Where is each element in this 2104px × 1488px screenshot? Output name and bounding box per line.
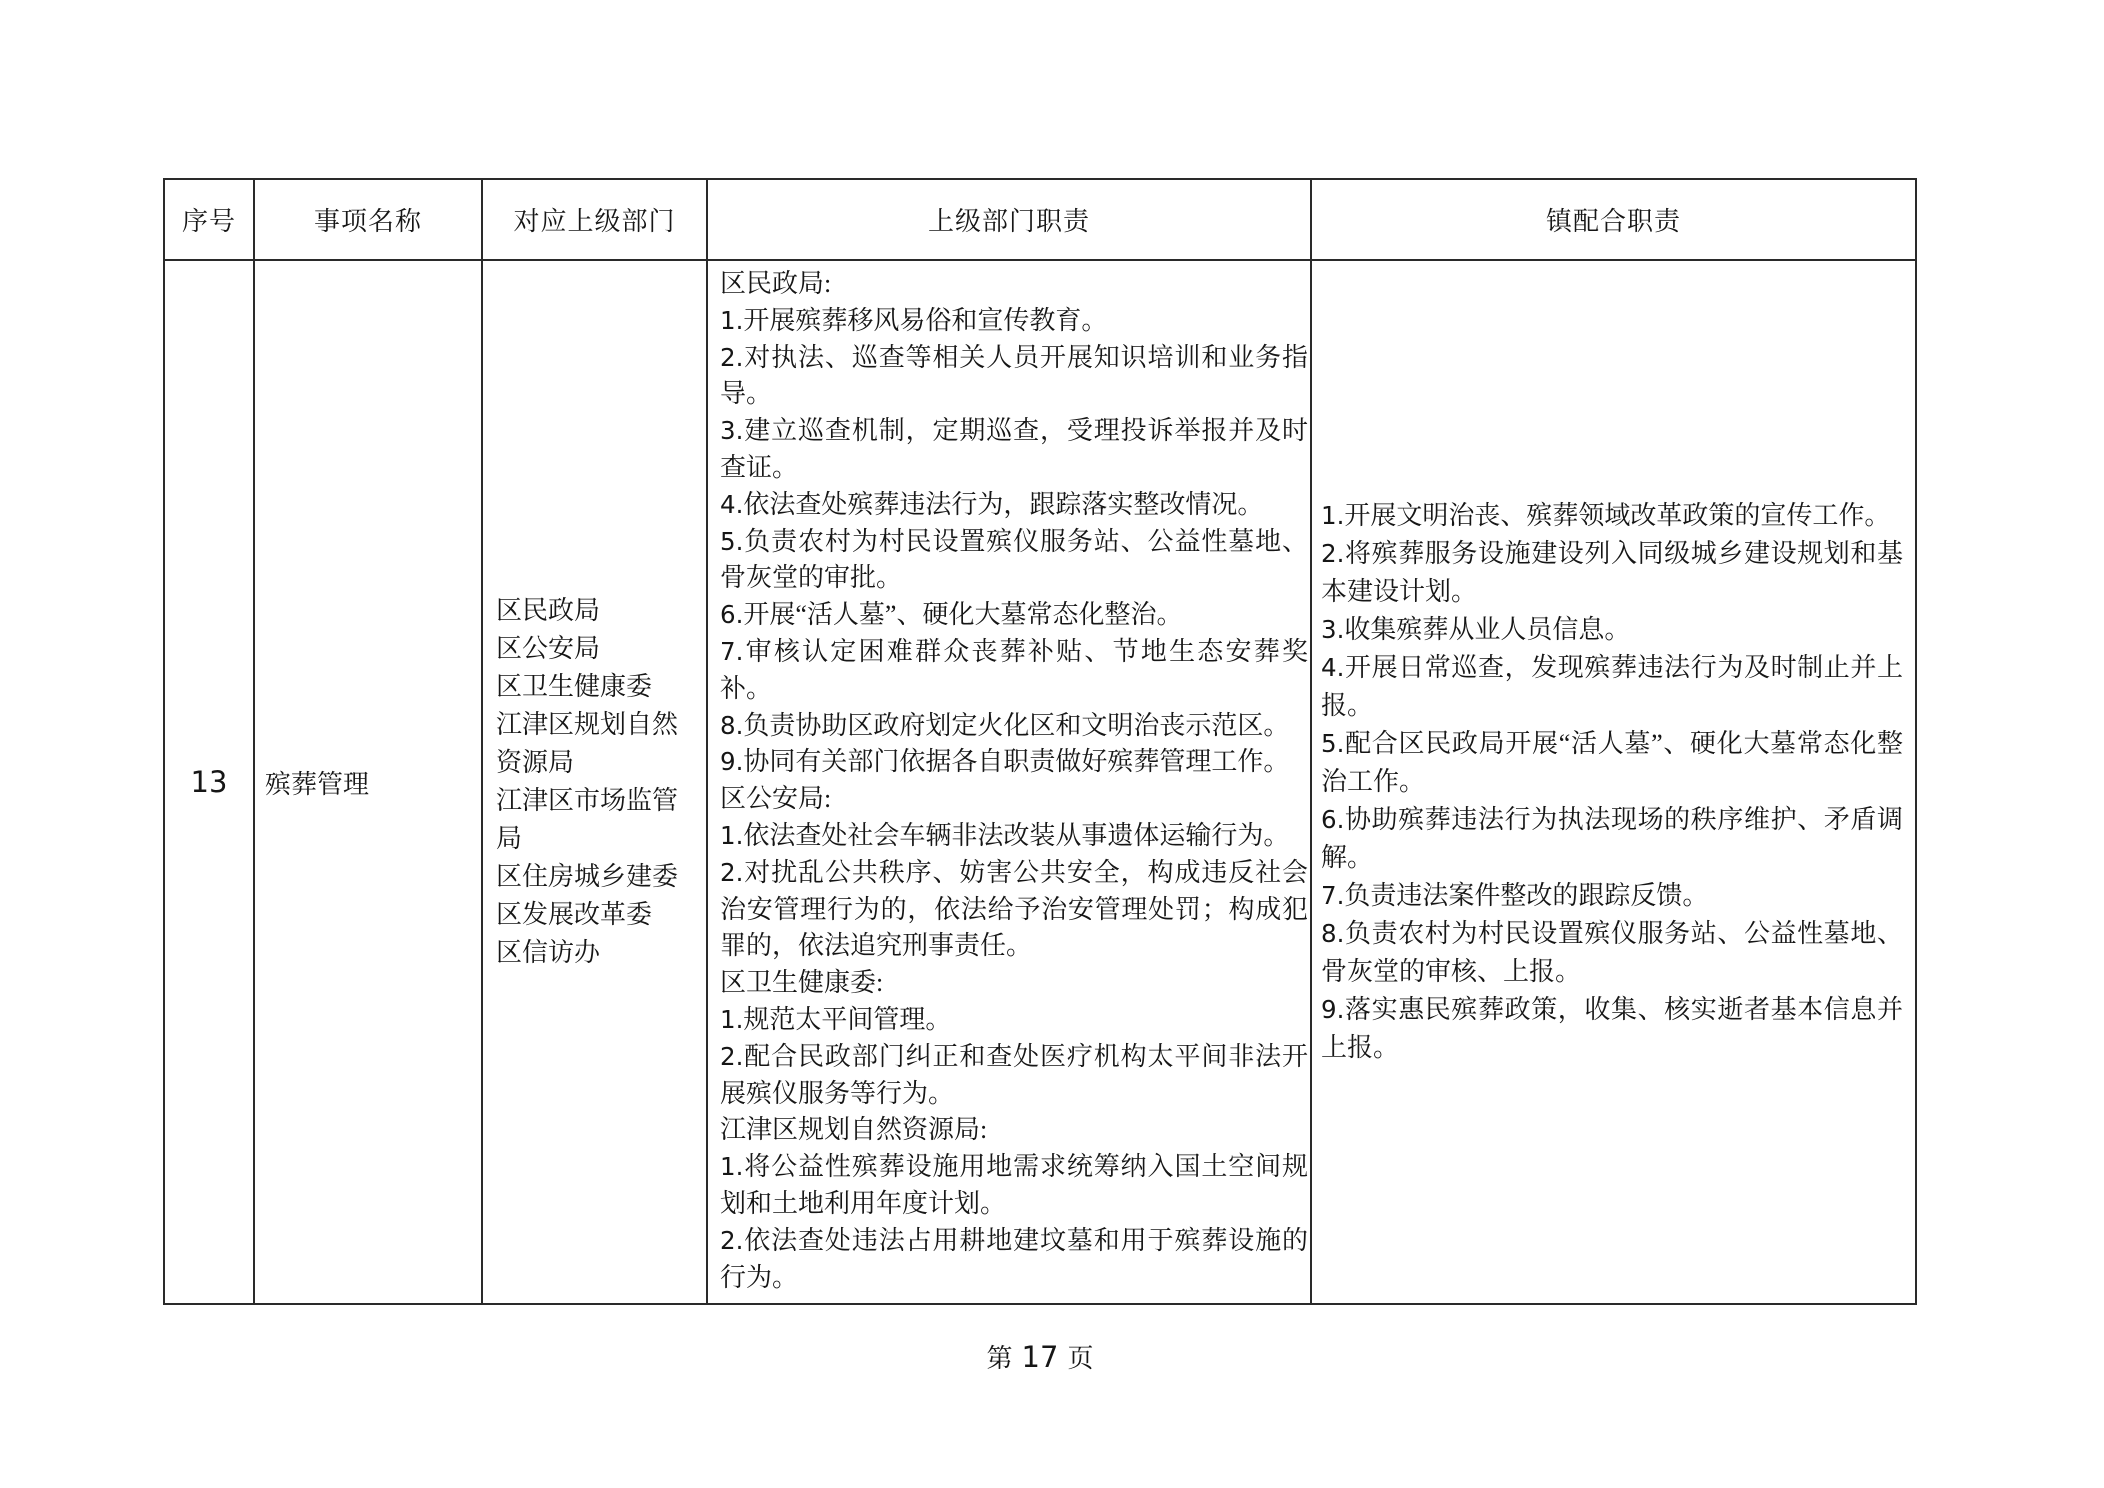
list-number: 2. — [720, 343, 743, 372]
department-item: 区发展改革委 — [496, 896, 690, 934]
footer-suffix: 页 — [1067, 1344, 1093, 1373]
footer-prefix: 第 — [987, 1344, 1013, 1373]
serial-cell: 13 — [165, 261, 255, 1303]
superior-duty-item: 6.开展“活人墓”、硬化大墓常态化整治。 — [720, 597, 1308, 634]
page-footer: 第17页 — [163, 1338, 1917, 1375]
list-number: 8. — [1321, 919, 1344, 948]
header-item-name: 事项名称 — [255, 180, 483, 261]
list-number: 7. — [720, 637, 743, 666]
department-item: 区住房城乡建委 — [496, 858, 690, 896]
serial-number: 13 — [191, 765, 228, 799]
list-number: 3. — [720, 416, 743, 445]
list-number: 4. — [720, 490, 743, 519]
town-duty-item: 4.开展日常巡查，发现殡葬违法行为及时制止并上报。 — [1321, 649, 1903, 725]
header-serial: 序号 — [165, 180, 255, 261]
list-number: 2. — [720, 1226, 743, 1255]
town-duty-item: 9.落实惠民殡葬政策，收集、核实逝者基本信息并上报。 — [1321, 991, 1903, 1067]
superior-duty-item: 1.规范太平间管理。 — [720, 1002, 1308, 1039]
header-superior-duties: 上级部门职责 — [708, 180, 1312, 261]
superior-duties-cell: 区民政局:1.开展殡葬移风易俗和宣传教育。2.对执法、巡查等相关人员开展知识培训… — [708, 261, 1312, 1303]
list-number: 2. — [720, 858, 743, 887]
list-number: 6. — [1321, 805, 1344, 834]
responsibility-table: 序号 事项名称 对应上级部门 上级部门职责 镇配合职责 13 殡葬管理 区民政局… — [163, 178, 1917, 1305]
superior-duty-item: 区卫生健康委: — [720, 965, 1308, 1002]
superior-duty-item: 7.审核认定困难群众丧葬补贴、节地生态安葬奖补。 — [720, 634, 1308, 708]
superior-duty-item: 3.建立巡查机制，定期巡查，受理投诉举报并及时查证。 — [720, 413, 1308, 487]
list-number: 9. — [720, 747, 743, 776]
town-duty-item: 2.将殡葬服务设施建设列入同级城乡建设规划和基本建设计划。 — [1321, 535, 1903, 611]
list-number: 9. — [1321, 995, 1344, 1024]
superior-duty-item: 9.协同有关部门依据各自职责做好殡葬管理工作。 — [720, 744, 1308, 781]
town-duty-item: 5.配合区民政局开展“活人墓”、硬化大墓常态化整治工作。 — [1321, 725, 1903, 801]
department-item: 江津区规划自然资源局 — [496, 706, 690, 782]
list-number: 5. — [720, 527, 743, 556]
superior-duty-item: 2.依法查处违法占用耕地建坟墓和用于殡葬设施的行为。 — [720, 1223, 1308, 1297]
departments-cell: 区民政局区公安局区卫生健康委江津区规划自然资源局江津区市场监管局区住房城乡建委区… — [483, 261, 708, 1303]
list-number: 7. — [1321, 881, 1344, 910]
list-number: 1. — [720, 306, 743, 335]
list-number: 3. — [1321, 615, 1344, 644]
superior-duty-item: 8.负责协助区政府划定火化区和文明治丧示范区。 — [720, 708, 1308, 745]
department-item: 区信访办 — [496, 934, 690, 972]
superior-duty-item: 江津区规划自然资源局: — [720, 1112, 1308, 1149]
town-duty-item: 3.收集殡葬从业人员信息。 — [1321, 611, 1903, 649]
town-duty-item: 7.负责违法案件整改的跟踪反馈。 — [1321, 877, 1903, 915]
list-number: 1. — [1321, 501, 1344, 530]
superior-duty-item: 区公安局: — [720, 781, 1308, 818]
town-duties-cell: 1.开展文明治丧、殡葬领域改革政策的宣传工作。2.将殡葬服务设施建设列入同级城乡… — [1312, 261, 1915, 1303]
department-item: 区民政局 — [496, 592, 690, 630]
list-number: 1. — [720, 1005, 743, 1034]
superior-duty-item: 2.对扰乱公共秩序、妨害公共安全，构成违反社会治安管理行为的，依法给予治安管理处… — [720, 855, 1308, 965]
superior-duty-item: 2.对执法、巡查等相关人员开展知识培训和业务指导。 — [720, 340, 1308, 414]
department-item: 江津区市场监管局 — [496, 782, 690, 858]
department-item: 区卫生健康委 — [496, 668, 690, 706]
town-duty-item: 8.负责农村为村民设置殡仪服务站、公益性墓地、骨灰堂的审核、上报。 — [1321, 915, 1903, 991]
superior-duty-item: 2.配合民政部门纠正和查处医疗机构太平间非法开展殡仪服务等行为。 — [720, 1039, 1308, 1113]
superior-duty-item: 1.将公益性殡葬设施用地需求统筹纳入国土空间规划和土地利用年度计划。 — [720, 1149, 1308, 1223]
list-number: 5. — [1321, 729, 1344, 758]
list-number: 6. — [720, 600, 743, 629]
superior-duty-item: 区民政局: — [720, 266, 1308, 303]
superior-duty-item: 4.依法查处殡葬违法行为，跟踪落实整改情况。 — [720, 487, 1308, 524]
town-duty-item: 6.协助殡葬违法行为执法现场的秩序维护、矛盾调解。 — [1321, 801, 1903, 877]
list-number: 1. — [720, 1152, 743, 1181]
list-number: 8. — [720, 711, 743, 740]
header-superior-department: 对应上级部门 — [483, 180, 708, 261]
list-number: 2. — [720, 1042, 743, 1071]
superior-duty-item: 1.开展殡葬移风易俗和宣传教育。 — [720, 303, 1308, 340]
town-duty-item: 1.开展文明治丧、殡葬领域改革政策的宣传工作。 — [1321, 497, 1903, 535]
list-number: 1. — [720, 821, 743, 850]
list-number: 2. — [1321, 539, 1344, 568]
department-item: 区公安局 — [496, 630, 690, 668]
item-name: 殡葬管理 — [265, 764, 369, 801]
header-town-duties: 镇配合职责 — [1312, 180, 1915, 261]
page-number: 17 — [1022, 1340, 1059, 1374]
item-name-cell: 殡葬管理 — [255, 261, 483, 1303]
list-number: 4. — [1321, 653, 1344, 682]
superior-duty-item: 1.依法查处社会车辆非法改装从事遗体运输行为。 — [720, 818, 1308, 855]
superior-duty-item: 5.负责农村为村民设置殡仪服务站、公益性墓地、骨灰堂的审批。 — [720, 524, 1308, 598]
